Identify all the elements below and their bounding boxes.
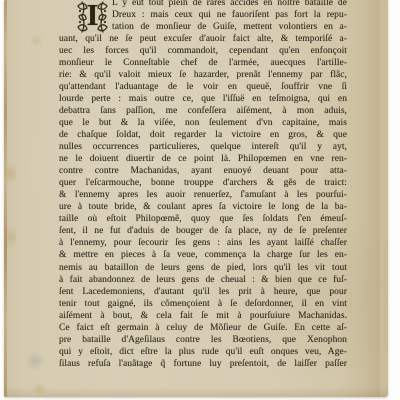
text-line: uant, qu'il ne ſe peut excuſer d'auoir f…	[59, 33, 347, 45]
text-line: contre contre Machanidas, ayant enuoyé d…	[59, 165, 347, 177]
text-line: qu'attendant l'aduantage de le voir en q…	[59, 81, 347, 93]
text-line: & mettre en pieces à ſa veue, commença l…	[59, 249, 347, 261]
text-line: rie: & qu'il valoit mieux ſe hazarder, p…	[59, 69, 347, 81]
text-line: quer l'eſcarmouche, bonne trouppe d'arch…	[59, 177, 347, 189]
text-line: ure à toute bride, & coulant apres ſa vi…	[59, 201, 347, 213]
text-line: & l'ennemy apres les auoir renuerſez, ſ'…	[59, 189, 347, 201]
book-scan: I L y eut tout plein de rares accidẽs en…	[0, 0, 400, 400]
text-line: taille où eſtoit Philopœmẽ, quoy que ſes…	[59, 213, 347, 225]
text-line: tenir tout gaigné, ils cõmençoient à ſe …	[59, 298, 347, 310]
page-left-edge	[4, 0, 7, 397]
text-line: à l'ennemy, pour ſecourir ſes gens : ain…	[59, 237, 347, 249]
text-line: à fait abandonnez de leurs gens de cheua…	[59, 274, 347, 286]
dropcap-initial-ornament: I	[76, 0, 109, 34]
text-line: Dreux : mais ceux qui ne fauoriſent pas …	[112, 9, 347, 21]
text-line: ſent, il ne fut d'aduis de bouger de ſa …	[59, 225, 347, 237]
paper-stain	[24, 352, 46, 370]
text-line: nulles occurrences particulieres, quelqu…	[59, 141, 347, 153]
text-line: ne le doiuent diuertir de ce point là. P…	[59, 153, 347, 165]
page-text: I L y eut tout plein de rares accidẽs en…	[59, 0, 347, 370]
text-line: lourde perte : mais outre ce, que l'iſſu…	[59, 93, 347, 105]
text-line: pre bataille d'Ageſilaus contre les Bœot…	[59, 334, 347, 346]
text-line: qui y eſtoit, dict eſtre la plus rude qu…	[59, 346, 347, 358]
page-bottom-edge	[4, 387, 388, 397]
text-line: uec les forces qu'il commandoit, cependa…	[59, 45, 347, 57]
text-line: ſent Lacedemoniens, d'autant qu'il les p…	[59, 286, 347, 298]
dropcap-letter: I	[76, 0, 109, 33]
text-line: de chaſque ſoldat, doit regarder la vict…	[59, 129, 347, 141]
book-page: I L y eut tout plein de rares accidẽs en…	[4, 0, 388, 397]
page-right-leaf-edge	[379, 0, 388, 397]
text-line: nemis au bataillon de leurs gens de pied…	[59, 262, 347, 274]
text-line: debattra ſans paſſion, me confeſſera aiſ…	[59, 105, 347, 117]
text-line: tation de monſieur de Guiſe, mettent vol…	[112, 21, 347, 33]
paper-stain	[28, 34, 44, 47]
text-line: Ce faict eſt germain à celuy de Mõſieur …	[59, 322, 347, 334]
text-line: ſilaus refuſa l'auãtage q̃ fortune luy p…	[59, 358, 347, 370]
text-line: L y eut tout plein de rares accidẽs en n…	[112, 0, 347, 9]
text-line: que le but & la viſée, non ſeulement d'v…	[59, 117, 347, 129]
text-line: monſieur le Conneſtable chef de l'armée,…	[59, 57, 347, 69]
text-line: aiſément à bout, & cela fait ſe mit à po…	[59, 310, 347, 322]
